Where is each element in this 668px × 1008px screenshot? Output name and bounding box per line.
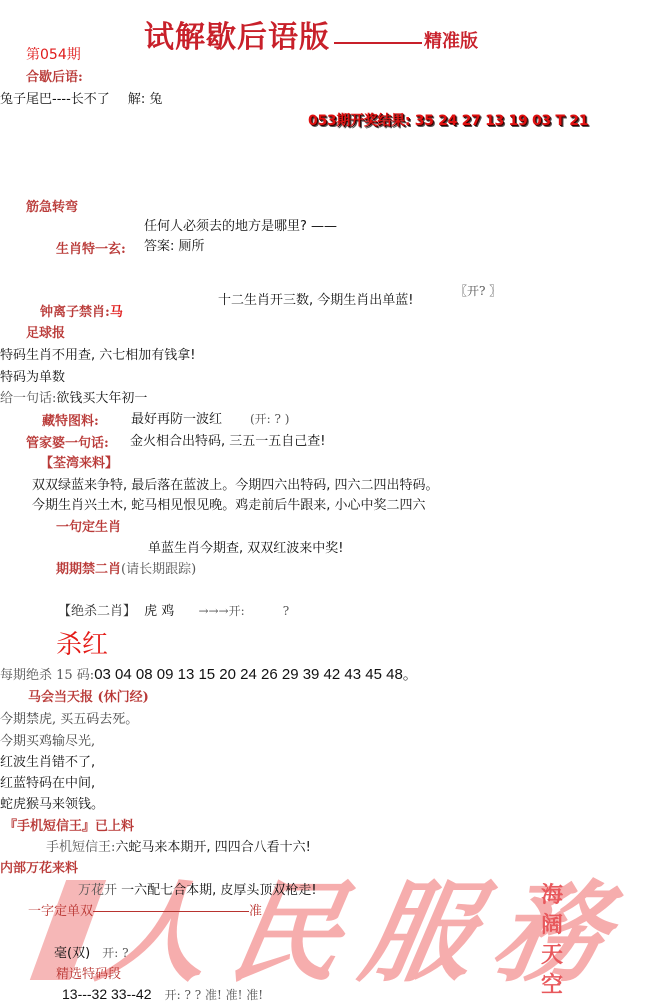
- zhongli-label-text: 钟离子禁肖:: [40, 305, 110, 320]
- football-line3-value: 欲钱买大年初一: [56, 391, 147, 406]
- page-header: 试解歇后语版精准版: [144, 12, 478, 56]
- wanhua-value: 一六配七合本期, 皮厚头顶双枪走!: [121, 883, 316, 898]
- kill-two-value: 虎 鸡: [144, 604, 174, 619]
- one-sentence-value: 单蓝生肖今期查, 双双红波来中奖!: [148, 537, 343, 556]
- xiehouyu-label: 合歇后语:: [26, 66, 83, 85]
- wanhua-prefix: 万花开: [78, 883, 117, 898]
- ban-two-row: 期期禁二肖(请长期跟踪): [56, 558, 196, 577]
- kill-two-open: ?: [283, 604, 289, 618]
- watermark-side: 海阔天空: [539, 880, 565, 1000]
- brain-teaser-answer: 答案: 厕所: [144, 235, 205, 254]
- sms-king-prefix: 手机短信王:: [46, 840, 115, 855]
- issue-number: 第054期: [26, 44, 81, 64]
- horse-report-line-5: 蛇虎猴马来领钱。: [0, 793, 104, 812]
- football-line3-label: 给一句话:: [0, 391, 56, 406]
- quanwan-line2: 今期生肖兴土木, 蛇马相见恨见晚。鸡走前后牛跟来, 小心中奖二四六: [32, 494, 426, 513]
- brain-teaser-answer-label: 生肖特一玄:: [56, 238, 126, 257]
- sms-king-row: 手机短信王:六蛇马来本期开, 四四合八看十六!: [46, 836, 311, 855]
- xiehouyu-row: 兔子尾巴----长不了 解: 兔: [0, 88, 162, 107]
- brain-teaser-question: 任何人必须去的地方是哪里? ——: [144, 215, 337, 234]
- ban-two-note: (请长期跟踪): [121, 562, 196, 577]
- wanhua-label: 内部万花来料: [0, 857, 78, 876]
- kill-fifteen-numbers: 03 04 08 09 13 15 20 24 26 29 39 42 43 4…: [94, 666, 418, 683]
- football-line1: 特码生肖不用查, 六七相加有钱拿!: [0, 344, 195, 363]
- kill-two-label: 【绝杀二肖】: [58, 604, 136, 619]
- page-subtitle: 精准版: [424, 31, 478, 52]
- selected-range-row: 13---32 33--42 开: ? ? 准! 准! 准!: [62, 984, 263, 1003]
- sms-king-value: 六蛇马来本期开, 四四合八看十六!: [115, 840, 310, 855]
- hidden-chart-label: 藏特图料:: [42, 410, 99, 429]
- kill-fifteen-row: 每期绝杀 15 码:03 04 08 09 13 15 20 24 26 29 …: [0, 663, 418, 684]
- quanwan-line1: 双双绿蓝来争特, 最后落在蓝波上。今期四六出特码, 四六二四出特码。: [32, 474, 439, 493]
- odd-even-value: 毫(双): [54, 946, 90, 961]
- horse-report-line-2: 今期买鸡输尽光,: [0, 730, 95, 749]
- odd-even-dash: [93, 911, 249, 912]
- football-label: 足球报: [26, 322, 65, 341]
- title-dash: [334, 42, 422, 44]
- football-line2: 特码为单数: [0, 366, 65, 385]
- hidden-chart-value: 最好再防一波红: [131, 408, 222, 427]
- ban-two-label: 期期禁二肖: [56, 562, 121, 577]
- sms-king-label: 『手机短信王』已上料: [4, 815, 134, 834]
- odd-even-open: 开: ?: [102, 946, 128, 960]
- selected-range-open: 开: ? ? 准! 准! 准!: [165, 988, 263, 1002]
- hidden-chart-open: (开: ? ): [250, 410, 289, 427]
- horse-report-line-4: 红蓝特码在中间,: [0, 772, 95, 791]
- kill-fifteen-label: 每期绝杀 15 码:: [0, 668, 94, 683]
- twelve-zodiac-open: 〖开? 〗: [455, 282, 501, 299]
- wanhua-row: 万花开 一六配七合本期, 皮厚头顶双枪走!: [78, 879, 317, 898]
- one-sentence-label: 一句定生肖: [56, 516, 121, 535]
- odd-even-label: 一字定单双: [28, 904, 93, 919]
- zhongli-value: 马: [110, 305, 123, 320]
- football-line3: 给一句话:欲钱买大年初一: [0, 387, 147, 406]
- quanwan-label: 【荃湾来料】: [40, 452, 118, 471]
- xiehouyu-answer: 解: 兔: [128, 92, 163, 107]
- kill-two-row: 【绝杀二肖】 虎 鸡 →→→开: ?: [58, 600, 289, 619]
- odd-even-suffix: 准: [249, 904, 262, 919]
- housekeeper-value: 金火相合出特码, 三五一五自己查!: [130, 430, 325, 449]
- brain-teaser-label: 筋急转弯: [26, 196, 78, 215]
- xiehouyu-text: 兔子尾巴----长不了: [0, 92, 110, 107]
- odd-even-result: 毫(双) 开: ?: [54, 942, 129, 961]
- horse-report-label: 马会当天报 (休门经): [28, 686, 149, 705]
- last-result: 053期开奖结果: 35 24 27 13 19 03 T 21: [308, 110, 588, 130]
- zhongli-label: 钟离子禁肖:马: [40, 301, 123, 320]
- page-title: 试解歇后语版: [144, 20, 330, 55]
- kill-red: 杀红: [56, 624, 108, 661]
- kill-two-arrows: →→→开:: [198, 604, 244, 618]
- housekeeper-label: 管家婆一句话:: [26, 432, 109, 451]
- selected-range-label: 精选特码段: [56, 963, 121, 982]
- horse-report-line-1: 今期禁虎, 买五码去死。: [0, 708, 138, 727]
- twelve-zodiac-text: 十二生肖开三数, 今期生肖出单蓝!: [218, 289, 413, 308]
- odd-even-row: 一字定单双准: [28, 900, 262, 919]
- selected-range-value: 13---32 33--42: [62, 986, 152, 1002]
- horse-report-line-3: 红波生肖错不了,: [0, 751, 95, 770]
